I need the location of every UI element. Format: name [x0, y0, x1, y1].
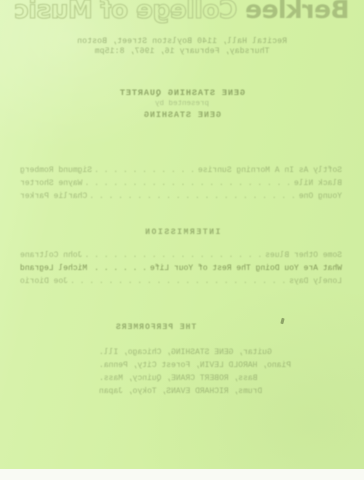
song-title: Black Nile: [294, 179, 342, 188]
performer-line: Bass, ROBERT CRANE, Quincy, Mass.: [99, 374, 299, 383]
program-title-line2: presented by: [0, 100, 364, 108]
song-title: Lonely Days: [289, 277, 342, 286]
dotted-leader: . . . . . . . . . . . . . . . . . . . . …: [90, 264, 147, 273]
performer-line: Piano, HAROLD LEVIN, Forest City, Penna.: [99, 361, 299, 370]
program-row: Black Nile . . . . . . . . . . . . . . .…: [20, 179, 342, 188]
paper-sheet: Berklee College of Music Recital Hall, 1…: [0, 0, 364, 469]
performer-line: Guitar, GENE STASHING, Chicago, Ill.: [99, 348, 299, 357]
program-row: Young One . . . . . . . . . . . . . . . …: [20, 192, 342, 201]
program-title-line1: GENE STASHING QUARTET: [0, 88, 364, 98]
dotted-leader: . . . . . . . . . . . . . . . . . . . . …: [90, 192, 296, 201]
composer-name: John Coltrane: [20, 251, 82, 260]
song-title: Softly As In A Morning Sunrise: [198, 166, 342, 175]
logo-outline-text: College of Music: [14, 0, 245, 24]
composer-name: Michel Legrand: [20, 264, 87, 273]
scanner-background-strip: [0, 469, 364, 480]
song-title: Young One: [299, 192, 342, 201]
program-row: What Are You Doing The Rest of Your Life…: [20, 264, 342, 273]
composer-name: Joe Diorio: [20, 277, 68, 286]
program-row: Some Other Blues . . . . . . . . . . . .…: [20, 251, 342, 260]
program-title-line3: GENE STASHING: [0, 110, 364, 120]
mirrored-showthrough-text: Berklee College of Music Recital Hall, 1…: [0, 0, 364, 469]
dotted-leader: . . . . . . . . . . . . . . . . . . . . …: [85, 179, 291, 188]
dotted-leader: . . . . . . . . . . . . . . . . . . . . …: [85, 251, 262, 260]
composer-name: Sigmund Romberg: [20, 166, 92, 175]
song-title: What Are You Doing The Rest of Your Life: [150, 264, 342, 273]
date-time-line: Thursday, February 16, 1967, 8:15pm: [0, 47, 364, 56]
scanned-program-page: Berklee College of Music Recital Hall, 1…: [0, 0, 364, 480]
logo-bold-text: Berklee: [246, 0, 350, 24]
performers-heading: THE PERFORMERS: [115, 323, 265, 332]
song-title: Some Other Blues: [265, 251, 342, 260]
program-row: Softly As In A Morning Sunrise . . . . .…: [20, 166, 342, 175]
program-row: Lonely Days . . . . . . . . . . . . . . …: [20, 277, 342, 286]
venue-address-line: Recital Hall, 1140 Boylston Street, Bost…: [0, 37, 364, 46]
performer-line: Drums, RICHARD EVANS, Tokyo, Japan: [99, 387, 299, 396]
intermission-label: INTERMISSION: [0, 228, 364, 237]
dotted-leader: . . . . . . . . . . . . . . . . . . . . …: [71, 277, 286, 286]
composer-name: Charlie Parker: [20, 192, 87, 201]
composer-name: Wayne Shorter: [20, 179, 82, 188]
berklee-logo: Berklee College of Music: [0, 0, 364, 24]
dotted-leader: . . . . . . . . . . . . . . . . . . . . …: [95, 166, 195, 175]
